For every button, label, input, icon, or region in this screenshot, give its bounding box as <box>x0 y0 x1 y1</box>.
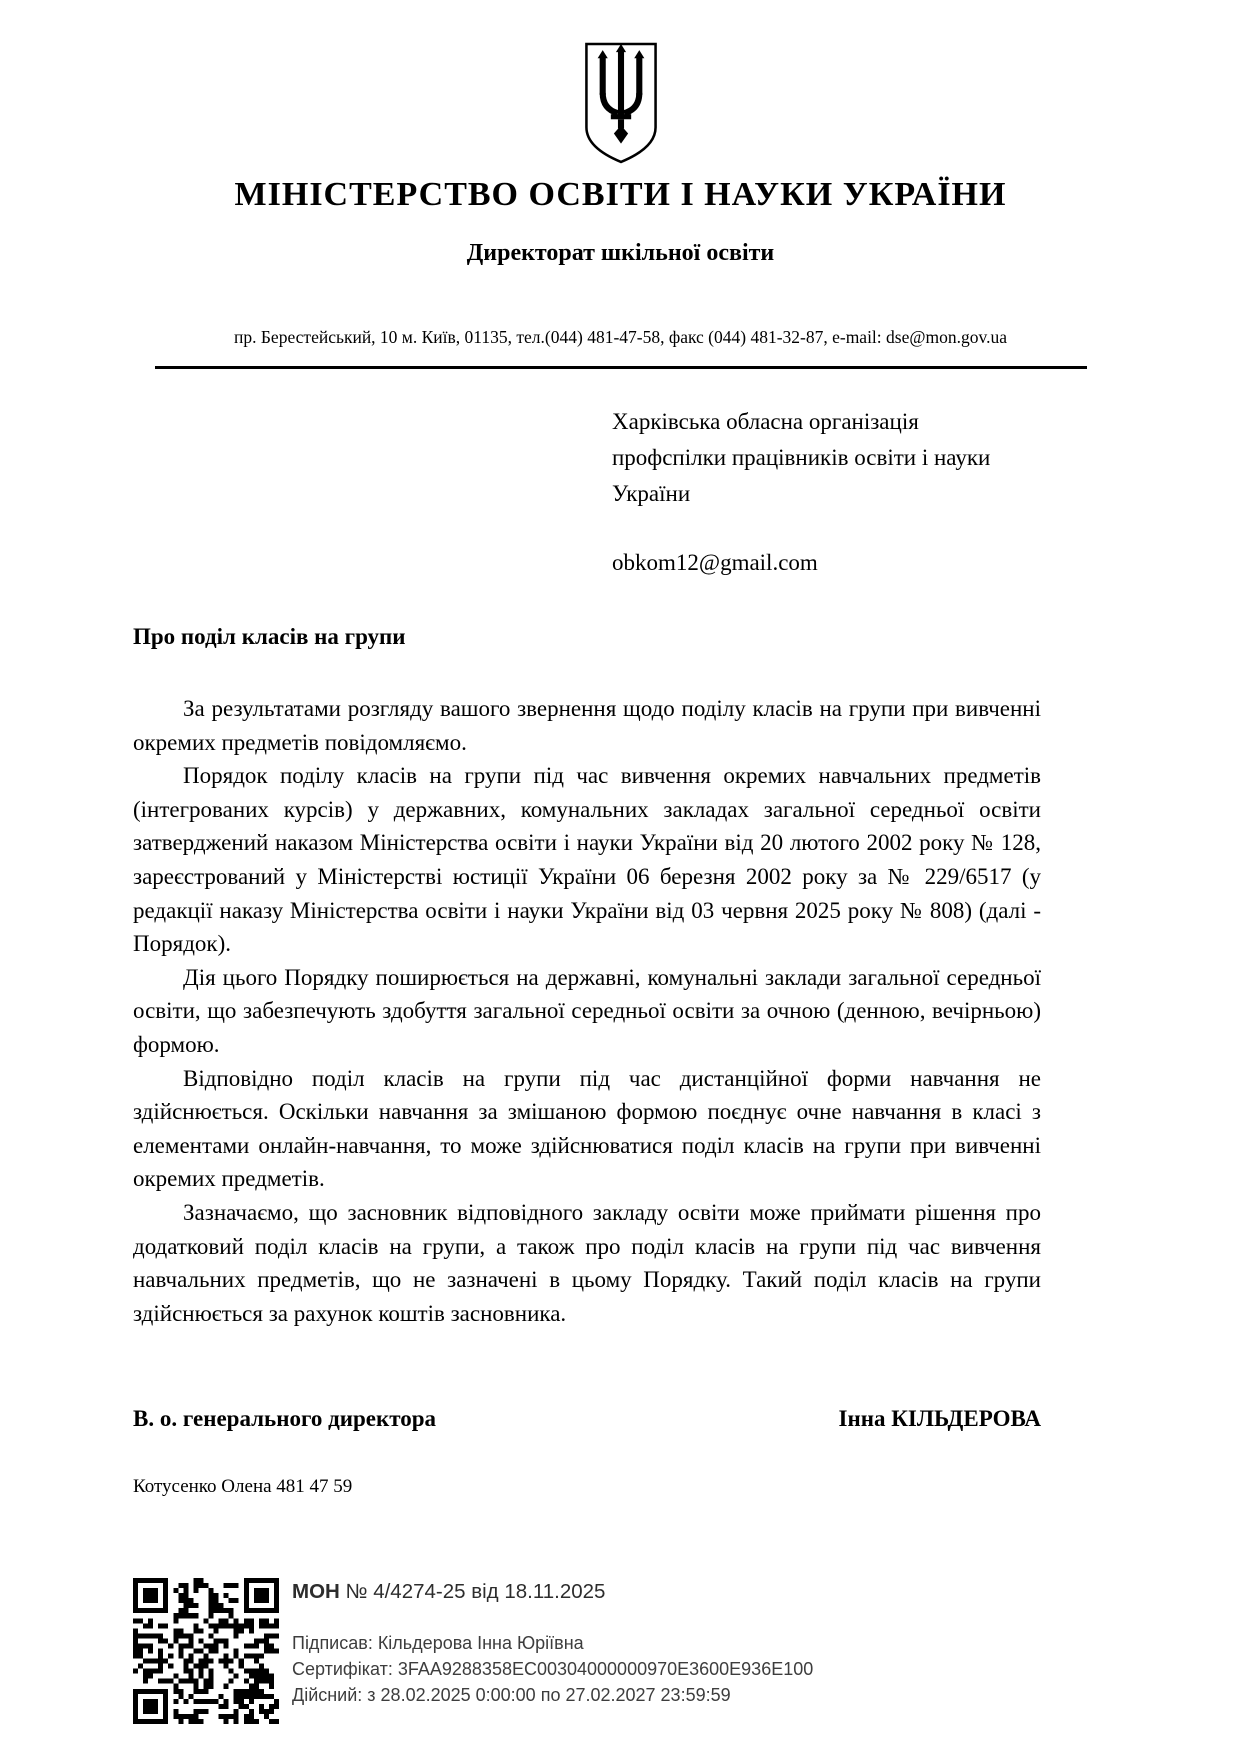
executor-contact: Котусенко Олена 481 47 59 <box>133 1476 352 1498</box>
recipient-org-line: Харківська обласна організація <box>612 404 1082 440</box>
subject-line: Про поділ класів на групи <box>133 624 406 650</box>
recipient-org-line: України <box>612 476 1082 512</box>
stamp-signer: Підписав: Кільдерова Інна Юріївна <box>292 1630 813 1656</box>
header-divider <box>155 366 1087 369</box>
stamp-validity: Дійсний: з 28.02.2025 0:00:00 по 27.02.2… <box>292 1682 813 1708</box>
letterhead-address: пр. Берестейський, 10 м. Київ, 01135, те… <box>0 327 1241 348</box>
body-paragraph: Зазначаємо, що засновник відповідного за… <box>133 1196 1041 1330</box>
recipient-email: obkom12@gmail.com <box>612 550 818 576</box>
body-paragraph: За результатами розгляду вашого зверненн… <box>133 692 1041 759</box>
registration-org: МОН <box>292 1580 340 1603</box>
ukraine-trident-emblem-icon <box>584 42 658 164</box>
signature-row: В. о. генерального директора Інна КІЛЬДЕ… <box>133 1406 1041 1432</box>
body-paragraph: Відповідно поділ класів на групи під час… <box>133 1062 1041 1196</box>
qr-code-icon <box>133 1578 279 1724</box>
registration-number: МОН № 4/4274-25 від 18.11.2025 <box>292 1580 813 1604</box>
directorate-name: Директорат шкільної освіти <box>0 240 1241 267</box>
esignature-stamp: МОН № 4/4274-25 від 18.11.2025 Підписав:… <box>292 1580 813 1708</box>
body-paragraph: Порядок поділу класів на групи під час в… <box>133 759 1041 961</box>
signer-name: Інна КІЛЬДЕРОВА <box>839 1406 1041 1432</box>
letter-body: За результатами розгляду вашого зверненн… <box>133 692 1041 1330</box>
letter-page: МІНІСТЕРСТВО ОСВІТИ І НАУКИ УКРАЇНИ Дире… <box>0 0 1241 1754</box>
stamp-certificate: Сертифікат: 3FAA9288358EC00304000000970E… <box>292 1656 813 1682</box>
signer-position: В. о. генерального директора <box>133 1406 436 1432</box>
registration-rest: № 4/4274-25 від 18.11.2025 <box>340 1580 606 1603</box>
recipient-org-line: профспілки працівників освіти і науки <box>612 440 1082 476</box>
recipient-block: Харківська обласна організація профспілк… <box>612 404 1082 512</box>
body-paragraph: Дія цього Порядку поширюється на державн… <box>133 961 1041 1062</box>
ministry-name: МІНІСТЕРСТВО ОСВІТИ І НАУКИ УКРАЇНИ <box>0 176 1241 214</box>
